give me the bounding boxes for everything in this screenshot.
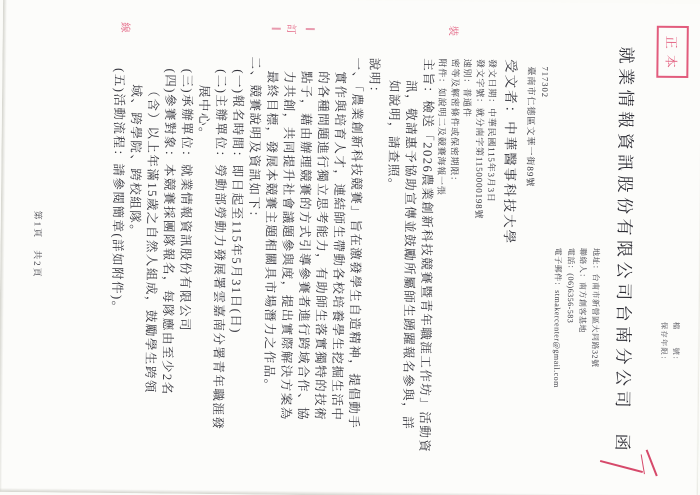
sub-item-schedule: (五)活動流程：請參閱簡章(詳如附件)。: [106, 54, 127, 466]
paper-edge-shadow: [0, 0, 7, 491]
binding-dash: [305, 28, 314, 30]
sender-email: 電子郵件：stmakercenter@gmail.com: [550, 247, 564, 387]
binding-mark-zhuang: 裝: [445, 25, 460, 36]
sender-address: 地址：台南市新營區大同路32號: [587, 247, 601, 387]
original-copy-stamp: 正本: [656, 25, 689, 77]
page-footer: 第1頁 共2頁: [28, 0, 46, 492]
archival-labels: 檔 號： 保存年限：: [657, 321, 681, 364]
sender-contact-block: 地址：台南市新營區大同路32號 聯絡人：南方創客基地 電話：(06)6356-5…: [550, 247, 601, 388]
attachment-line: 附件：如說明二及競賽海報一張: [434, 58, 448, 219]
sender-phone: 電話：(06)6356-583: [562, 247, 576, 387]
paper-edge-shadow: [695, 4, 700, 495]
document-number-line: 發文字號：就分南字第1150000198號: [471, 58, 485, 219]
binding-mark-xian: 線: [117, 22, 132, 33]
sender-contact-person: 聯絡人：南方創客基地: [575, 247, 589, 387]
file-number-label: 檔 號：: [669, 321, 681, 364]
retention-period-label: 保存年限：: [657, 321, 669, 364]
security-class-line: 密等及解密條件或保密期限：: [447, 58, 461, 219]
binding-mark-ding: 訂: [283, 23, 298, 34]
scanned-letter-page: 檔 號： 保存年限： 正本 就業情報資訊股份有限公司台南分公司 函 地址：台南市…: [0, 0, 700, 495]
issue-date-line: 發文日期：中華民國115年3月3日: [484, 58, 498, 219]
recipient-address: 臺南市仁德區文華一街89號: [524, 66, 538, 187]
official-letter-document: 檔 號： 保存年限： 正本 就業情報資訊股份有限公司台南分公司 函 地址：台南市…: [0, 0, 700, 495]
binding-dash: [271, 27, 280, 29]
letter-title: 就業情報資訊股份有限公司台南分公司 函: [610, 3, 640, 495]
subject-block: 主旨：檢送「2026農業創新科技競賽暨青年職涯工作坊」活動資 訊，敬請惠予協助宣…: [381, 57, 436, 470]
speed-class-line: 速別：普通件: [459, 58, 473, 219]
recipient-line: 受文者：中華醫事科技大學: [500, 59, 522, 245]
recipient-zip: 717302: [540, 66, 550, 98]
document-meta-block: 發文日期：中華民國115年3月3日 發文字號：就分南字第1150000198號 …: [434, 58, 498, 219]
explanation-block: 說明： 一、「農業創新科技競賽」旨在激發學生自造精神，提倡動手 實作與培育人才，…: [106, 54, 382, 469]
paper-edge-shadow: [0, 487, 697, 495]
